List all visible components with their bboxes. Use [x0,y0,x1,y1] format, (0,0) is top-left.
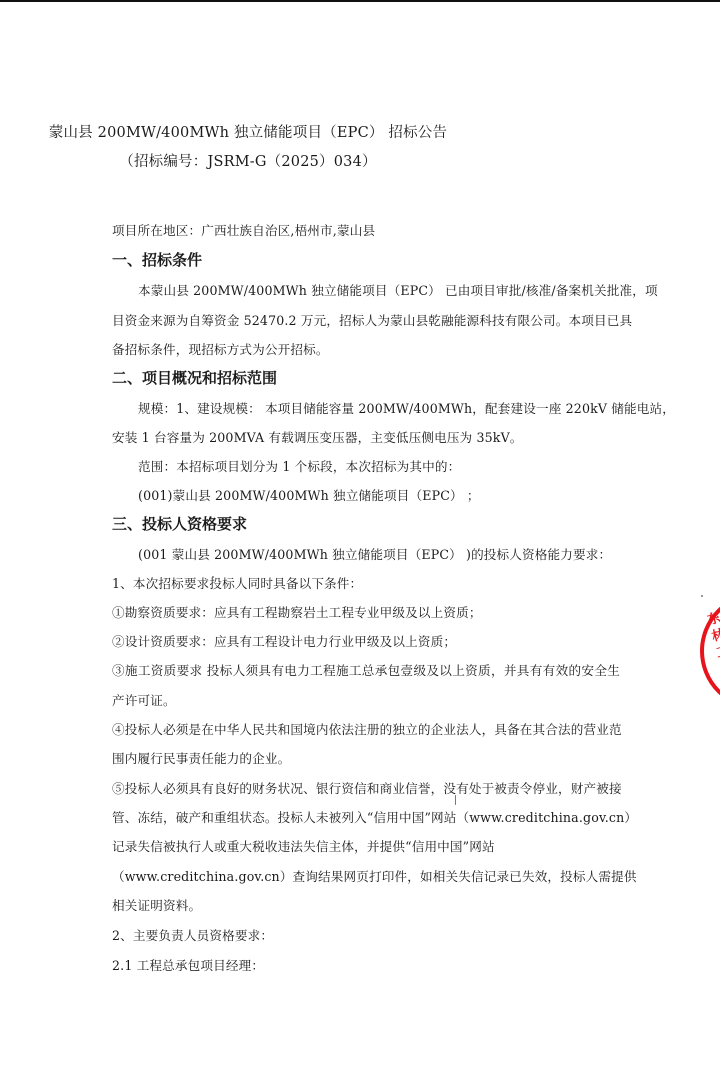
paragraph-line: 围内履行民事责任能力的企业。 [112,748,620,767]
paragraph-line: (001)蒙山县 200MW/400MWh 独立储能项目（EPC） ； [138,485,620,504]
stamp-text: 东林工 [706,609,720,662]
page-top-border [0,0,720,2]
project-region: 项目所在地区：广西壮族自治区,梧州市,蒙山县 [112,220,620,239]
scan-speck [212,576,214,578]
paragraph-line: 记录失信被执行人或重大税收违法失信主体，并提供“信用中国”网站 [112,836,620,855]
section-heading-3: 三、投标人资格要求 [112,513,247,534]
paragraph-line: 管、冻结，破产和重组状态。投标人未被列入“信用中国”网站（www.creditc… [112,807,620,826]
section-heading-1: 一、招标条件 [112,249,202,270]
paragraph-line: (001 蒙山县 200MW/400MWh 独立储能项目（EPC） )的投标人资… [138,544,620,563]
scan-speck [455,795,456,805]
paragraph-line: ③施工资质要求 投标人须具有电力工程施工总承包壹级及以上资质，并具有有效的安全生 [112,660,620,679]
tender-number: （招标编号：JSRM-G（2025）034） [0,150,608,171]
paragraph-line: 1、本次招标要求投标人同时具备以下条件： [112,573,620,592]
paragraph-line: 产许可证。 [112,690,620,709]
paragraph-line: 规模：1、建设规模： 本项目储能容量 200MW/400MWh，配套建设一座 2… [138,398,620,417]
paragraph-line: ④投标人必须是在中华人民共和国境内依法注册的独立的企业法人，具备在其合法的营业范 [112,719,620,738]
paragraph-line: 目资金来源为自筹资金 52470.2 万元，招标人为蒙山县乾融能源科技有限公司。… [112,310,620,329]
paragraph-line: （www.creditchina.gov.cn）查询结果网页打印件，如相关失信记… [112,866,620,885]
paragraph-line: 安装 1 台容量为 200MVA 有载调压变压器，主变低压侧电压为 35kV。 [112,427,620,446]
scan-speck [701,595,703,597]
section-heading-2: 二、项目概况和招标范围 [112,367,277,388]
document-title: 蒙山县 200MW/400MWh 独立储能项目（EPC） 招标公告 [0,121,608,142]
paragraph-line: ⑤投标人必须具有良好的财务状况、银行资信和商业信誉，没有处于被责令停业，财产被接 [112,778,620,797]
paragraph-line: 相关证明资料。 [112,895,620,914]
paragraph-line: ①勘察资质要求：应具有工程勘察岩土工程专业甲级及以上资质； [112,602,620,621]
paragraph-line: 本蒙山县 200MW/400MWh 独立储能项目（EPC） 已由项目审批/核准/… [138,280,620,299]
paragraph-line: 备招标条件，现招标方式为公开招标。 [112,339,620,358]
paragraph-line: 范围：本招标项目划分为 1 个标段，本次招标为其中的： [138,456,620,475]
paragraph-line: ②设计资质要求：应具有工程设计电力行业甲级及以上资质； [112,631,620,650]
paragraph-line: 2、主要负责人员资格要求： [112,925,620,944]
company-seal-stamp: 东林工 [700,592,720,710]
paragraph-line: 2.1 工程总承包项目经理： [112,955,620,974]
